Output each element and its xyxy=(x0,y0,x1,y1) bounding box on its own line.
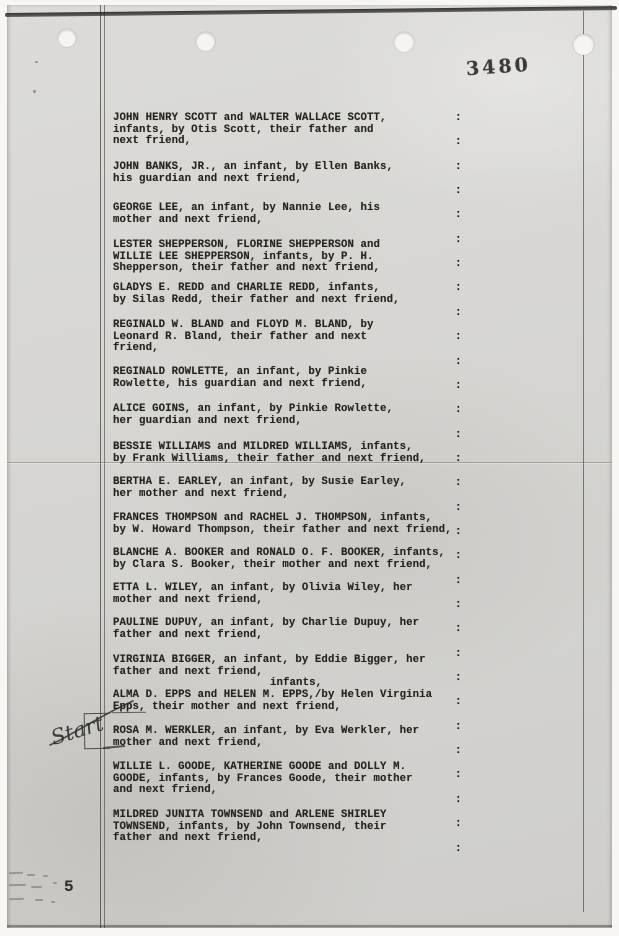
inserted-correction-text: infants, xyxy=(270,678,322,690)
entry-line: ALICE GOINS, an infant, by Pinkie Rowlet… xyxy=(113,404,393,416)
document-page: 3480 JOHN HENRY SCOTT and WALTER WALLACE… xyxy=(7,5,612,928)
entry-line: her mother and next friend, xyxy=(113,489,406,501)
separator-colon: : xyxy=(455,478,462,489)
entry-line: PAULINE DUPUY, an infant, by Charlie Dup… xyxy=(113,618,419,630)
separator-colon: : xyxy=(455,113,462,124)
separator-colon: : xyxy=(455,137,462,148)
plaintiff-entry: WILLIE L. GOODE, KATHERINE GOODE and DOL… xyxy=(113,762,413,797)
separator-colon: : xyxy=(455,722,462,733)
left-margin-rule-inner xyxy=(104,5,105,928)
handwritten-underline xyxy=(112,712,146,714)
pencil-mark xyxy=(43,875,48,877)
entry-line: next friend, xyxy=(113,136,387,148)
entry-line: ETTA L. WILEY, an infant, by Olivia Wile… xyxy=(113,583,413,595)
punch-hole xyxy=(58,29,76,47)
separator-colon: : xyxy=(455,770,462,781)
separator-colon: : xyxy=(455,259,462,270)
pencil-mark xyxy=(9,872,23,874)
separator-colon: : xyxy=(455,697,462,708)
separator-colon: : xyxy=(455,503,462,514)
separator-colon: : xyxy=(455,844,462,855)
separator-colon: : xyxy=(455,746,462,757)
separator-colon: : xyxy=(455,357,462,368)
entry-line: WILLIE L. GOODE, KATHERINE GOODE and DOL… xyxy=(113,762,413,774)
stamp-number: 3480 xyxy=(465,54,531,80)
entry-line: LESTER SHEPPERSON, FLORINE SHEPPERSON an… xyxy=(113,240,380,252)
left-margin-rule xyxy=(100,5,101,928)
pencil-mark xyxy=(9,884,26,886)
paper-bottom-edge xyxy=(7,925,612,927)
entry-line: father and next friend, xyxy=(113,833,387,845)
entry-line: mother and next friend, xyxy=(113,595,413,607)
paper-top-edge xyxy=(5,6,617,17)
punch-hole xyxy=(394,32,414,52)
plaintiff-entry: REGINALD ROWLETTE, an infant, by PinkieR… xyxy=(113,367,367,390)
entry-line: Epps, their mother and next friend, xyxy=(113,702,432,714)
plaintiff-entry: infants,ALMA D. EPPS and HELEN M. EPPS,/… xyxy=(113,690,432,713)
ink-speck xyxy=(33,90,36,93)
separator-colon: : xyxy=(455,551,462,562)
separator-colon: : xyxy=(455,649,462,660)
scanned-document: { "page": { "stamp_number": "3480", "pag… xyxy=(0,0,619,936)
entry-line: FRANCES THOMPSON and RACHEL J. THOMPSON,… xyxy=(113,513,452,525)
entry-line: REGINALD W. BLAND and FLOYD M. BLAND, by xyxy=(113,320,374,332)
plaintiff-entry: FRANCES THOMPSON and RACHEL J. THOMPSON,… xyxy=(113,513,452,536)
entry-line: GEORGE LEE, an infant, by Nannie Lee, hi… xyxy=(113,203,380,215)
separator-colon: : xyxy=(455,405,462,416)
entry-line: REGINALD ROWLETTE, an infant, by Pinkie xyxy=(113,367,367,379)
separator-colon: : xyxy=(455,186,462,197)
pencil-mark xyxy=(51,901,55,903)
entry-line: friend, xyxy=(113,343,374,355)
ink-speck xyxy=(35,61,38,63)
separator-colon: : xyxy=(455,210,462,221)
separator-colon: : xyxy=(455,454,462,465)
entry-line: GLADYS E. REDD and CHARLIE REDD, infants… xyxy=(113,283,400,295)
page-number: 5 xyxy=(64,878,74,896)
separator-colon: : xyxy=(455,381,462,392)
punch-hole xyxy=(573,34,594,55)
entry-line: BESSIE WILLIAMS and MILDRED WILLIAMS, in… xyxy=(113,442,426,454)
plaintiff-entry: BLANCHE A. BOOKER and RONALD O. F. BOOKE… xyxy=(113,548,445,571)
entry-line: ROSA M. WERKLER, an infant, by Eva Werkl… xyxy=(113,726,419,738)
entry-line: MILDRED JUNITA TOWNSEND and ARLENE SHIRL… xyxy=(113,810,387,822)
separator-colon: : xyxy=(455,430,462,441)
plaintiff-entry: LESTER SHEPPERSON, FLORINE SHEPPERSON an… xyxy=(113,240,380,275)
plaintiff-entry: JOHN BANKS, JR., an infant, by Ellen Ban… xyxy=(113,162,393,185)
entry-line: mother and next friend, xyxy=(113,738,419,750)
plaintiff-entry: PAULINE DUPUY, an infant, by Charlie Dup… xyxy=(113,618,419,641)
plaintiff-entry: REGINALD W. BLAND and FLOYD M. BLAND, by… xyxy=(113,320,374,355)
pencil-mark xyxy=(35,899,43,901)
entry-line: JOHN HENRY SCOTT and WALTER WALLACE SCOT… xyxy=(113,113,387,125)
pencil-mark xyxy=(31,886,42,888)
separator-colon: : xyxy=(455,795,462,806)
separator-colon: : xyxy=(455,283,462,294)
plaintiff-entry: GEORGE LEE, an infant, by Nannie Lee, hi… xyxy=(113,203,380,226)
pencil-mark xyxy=(53,882,57,884)
plaintiff-entry: JOHN HENRY SCOTT and WALTER WALLACE SCOT… xyxy=(113,113,387,148)
separator-colon: : xyxy=(455,308,462,319)
separator-colon: : xyxy=(455,527,462,538)
separator-colon: : xyxy=(455,162,462,173)
entry-line: by W. Howard Thompson, their father and … xyxy=(113,525,452,537)
handwritten-bracket xyxy=(84,713,111,749)
entry-line: by Frank Williams, their father and next… xyxy=(113,454,426,466)
entry-line: her guardian and next friend, xyxy=(113,416,393,428)
entry-line: BERTHA E. EARLEY, an infant, by Susie Ea… xyxy=(113,477,406,489)
separator-colon: : xyxy=(455,819,462,830)
separator-colon: : xyxy=(455,600,462,611)
separator-colon: : xyxy=(455,332,462,343)
entry-line: and next friend, xyxy=(113,785,413,797)
entry-line: by Silas Redd, their father and next fri… xyxy=(113,295,400,307)
separator-colon: : xyxy=(455,673,462,684)
plaintiff-entry: BESSIE WILLIAMS and MILDRED WILLIAMS, in… xyxy=(113,442,426,465)
plaintiff-entry: ROSA M. WERKLER, an infant, by Eva Werkl… xyxy=(113,726,419,749)
entry-line: his guardian and next friend, xyxy=(113,174,393,186)
plaintiff-entry: ETTA L. WILEY, an infant, by Olivia Wile… xyxy=(113,583,413,606)
plaintiff-entry: VIRGINIA BIGGER, an infant, by Eddie Big… xyxy=(113,655,426,678)
pencil-mark xyxy=(9,898,24,900)
plaintiff-entry: GLADYS E. REDD and CHARLIE REDD, infants… xyxy=(113,283,400,306)
entry-line: Shepperson, their father and next friend… xyxy=(113,263,380,275)
pencil-mark xyxy=(27,874,35,876)
separator-colon: : xyxy=(455,624,462,635)
entry-line: ALMA D. EPPS and HELEN M. EPPS,/by Helen… xyxy=(113,690,432,702)
plaintiff-entry: BERTHA E. EARLEY, an infant, by Susie Ea… xyxy=(113,477,406,500)
entry-line: Rowlette, his guardian and next friend, xyxy=(113,379,367,391)
entry-line: by Clara S. Booker, their mother and nex… xyxy=(113,560,445,572)
entry-line: father and next friend, xyxy=(113,630,419,642)
separator-colon: : xyxy=(455,235,462,246)
entry-line: JOHN BANKS, JR., an infant, by Ellen Ban… xyxy=(113,162,393,174)
plaintiff-entry: ALICE GOINS, an infant, by Pinkie Rowlet… xyxy=(113,404,393,427)
plaintiff-entry: MILDRED JUNITA TOWNSEND and ARLENE SHIRL… xyxy=(113,810,387,845)
entry-line: BLANCHE A. BOOKER and RONALD O. F. BOOKE… xyxy=(113,548,445,560)
entry-line: mother and next friend, xyxy=(113,215,380,227)
entry-line: VIRGINIA BIGGER, an infant, by Eddie Big… xyxy=(113,655,426,667)
separator-colon: : xyxy=(455,576,462,587)
punch-hole xyxy=(196,32,215,51)
